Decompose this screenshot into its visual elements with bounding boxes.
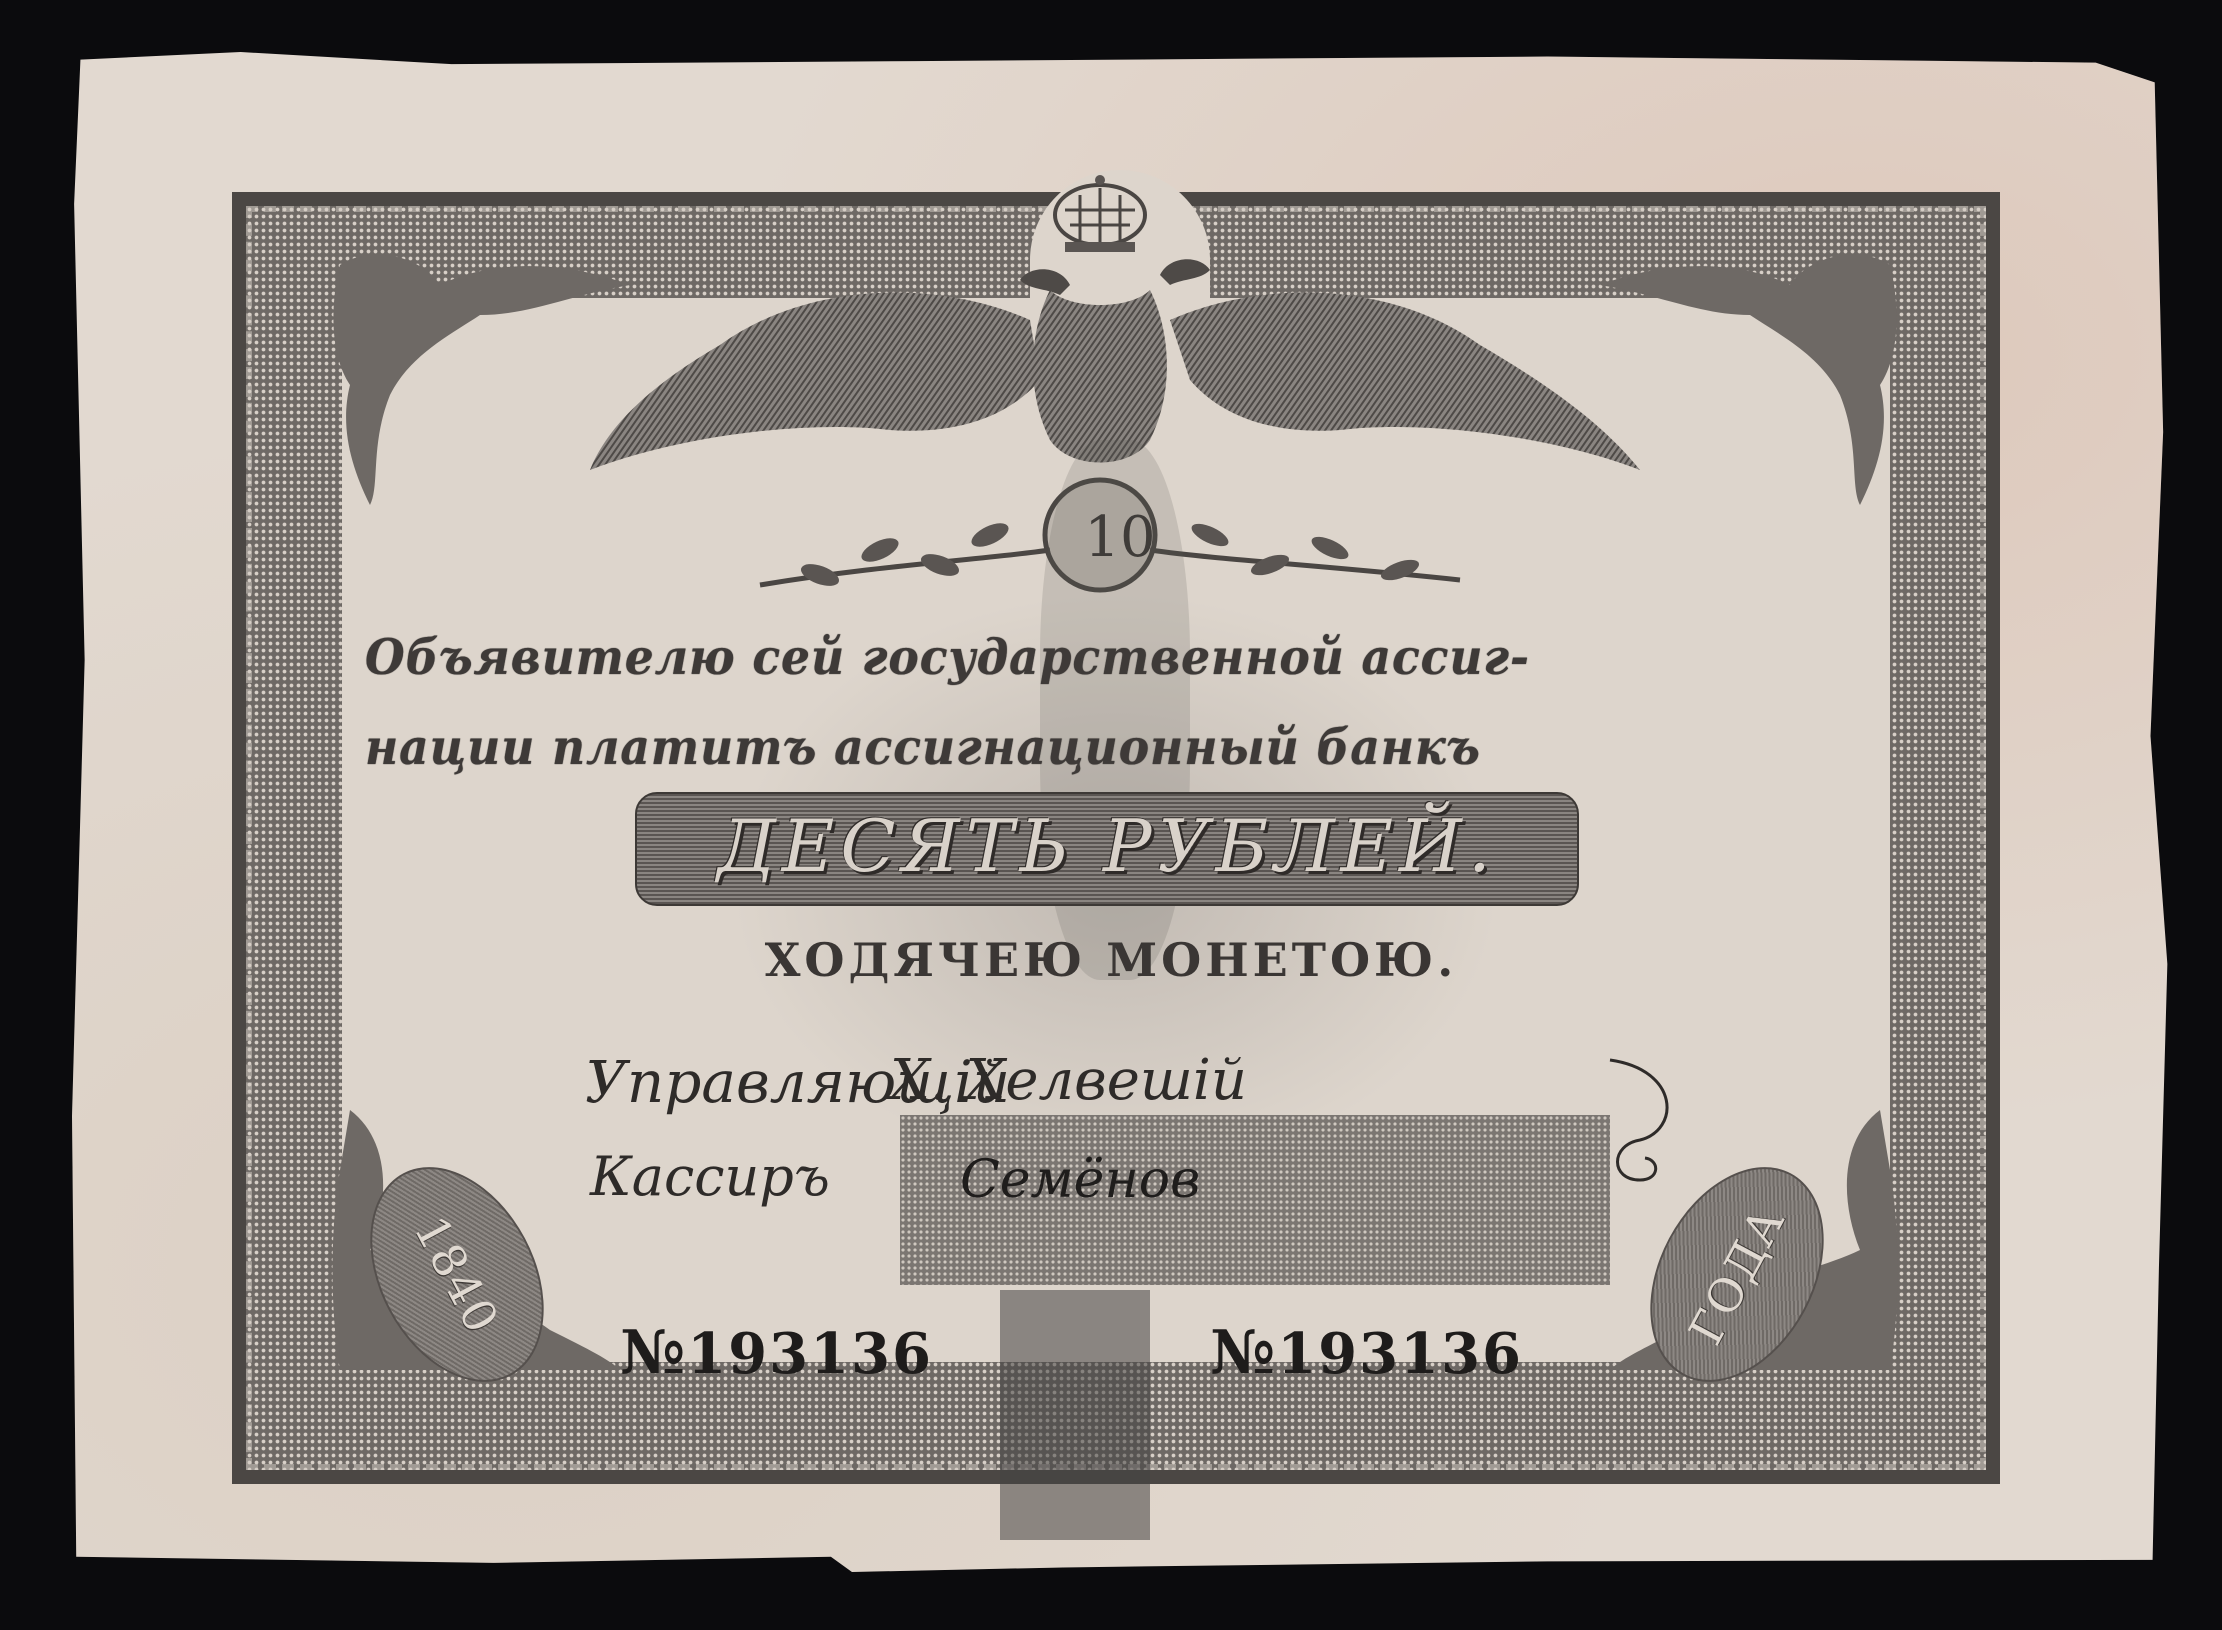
year-label: ГОДА (1678, 1196, 1795, 1352)
serial-value: 193136 (687, 1321, 933, 1387)
manager-signature: Х. Хелвешій (890, 1048, 1247, 1113)
serial-number-right: №193136 (1210, 1318, 1523, 1388)
text-line-2: нации платитъ ассигнационный банкъ (365, 718, 1481, 776)
serial-prefix: № (1210, 1318, 1277, 1388)
cashier-signature: Семёнов (960, 1150, 1200, 1210)
crown-icon (1055, 175, 1145, 252)
serial-prefix: № (620, 1318, 687, 1388)
text-line-1: Объявителю сей государственной ассиг- (365, 628, 1530, 686)
repair-tape (1000, 1290, 1150, 1540)
cashier-label: Кассиръ (590, 1145, 830, 1208)
flourish-icon (1600, 1050, 1690, 1210)
denomination-text: ДЕСЯТЬ РУБЛЕЙ. (637, 804, 1577, 888)
currency-line: ХОДЯЧЕЮ МОНЕТОЮ. (0, 933, 2222, 987)
acanthus-ornament-icon (1580, 245, 1900, 505)
denomination-plaque: ДЕСЯТЬ РУБЛЕЙ. (635, 792, 1579, 906)
serial-value: 193136 (1277, 1321, 1523, 1387)
serial-number-left: №193136 (620, 1318, 933, 1388)
acanthus-ornament-icon (330, 245, 650, 505)
signature-panel (1200, 1115, 1610, 1285)
year: 1840 (404, 1207, 510, 1343)
